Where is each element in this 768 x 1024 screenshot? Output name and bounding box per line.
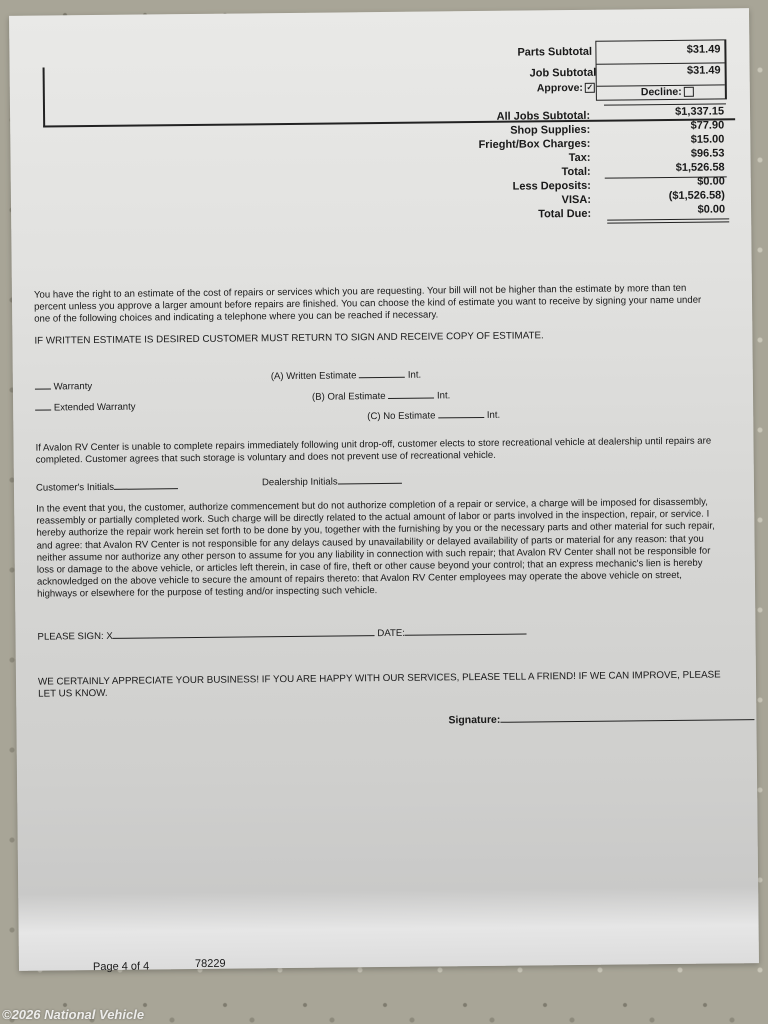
customer-initials-label: Customer's Initials [36,482,114,494]
approve-option: Approve:✓ [537,82,595,95]
totals-row-label: Tax: [569,152,591,164]
totals-table: All Jobs Subtotal:$1,337.15Shop Supplies… [9,8,749,16]
watermark: ©2026 National Vehicle [2,1007,144,1022]
parts-subtotal-label: Parts Subtotal [517,46,592,59]
decline-option: Decline: [641,86,694,99]
totals-row-value: $15.00 [691,133,725,145]
closing-message-line-2: LET US KNOW. [38,688,108,701]
warranty-label: Warranty [54,381,93,392]
totals-row-label: Total: [561,166,590,178]
approve-checkbox[interactable]: ✓ [585,83,595,93]
job-subtotal-value: $31.49 [687,64,721,76]
dealership-initials-label: Dealership Initials [262,476,338,488]
totals-rule [607,221,729,223]
no-estimate-suffix: Int. [487,410,500,421]
customer-initials: Customer's Initials [36,479,178,494]
no-estimate-label: (C) No Estimate [367,410,435,422]
oral-estimate-suffix: Int. [437,390,450,401]
customer-signature-field[interactable] [113,626,375,639]
totals-row-value: $0.00 [697,203,725,215]
closing-message-line-1: WE CERTAINLY APPRECIATE YOUR BUSINESS! I… [38,669,721,688]
totals-row-label: All Jobs Subtotal: [497,110,591,123]
warranty-checkline[interactable] [35,379,51,389]
signature-label: Signature: [448,714,500,727]
please-sign-label: PLEASE SIGN: X [37,631,112,643]
totals-row-value: $96.53 [691,147,725,159]
job-subtotal-box: $31.49 $31.49 Decline: [595,39,727,100]
totals-row-label: Less Deposits: [513,180,591,193]
invoice-page: Parts Subtotal Job Subtotal $31.49 $31.4… [9,8,759,971]
totals-row-value: $1,337.15 [675,105,724,118]
job-subtotal-label: Job Subtotal [530,67,597,80]
dealership-initials: Dealership Initials [262,474,402,489]
parts-subtotal-value: $31.49 [687,43,721,55]
totals-row-value: $1,526.58 [676,161,725,174]
signature-line: Signature: [448,710,754,726]
totals-row-value: $77.90 [690,119,724,131]
date-label: DATE: [377,628,405,639]
totals-row-label: Frieght/Box Charges: [478,138,590,151]
extended-warranty-label: Extended Warranty [54,402,136,414]
authorization-clause-line: highways or elsewhere for the purpose of… [37,585,377,601]
no-estimate-option: (C) No Estimate Int. [367,408,500,423]
totals-rule [607,218,729,220]
dealership-initials-field[interactable] [338,474,402,485]
oral-estimate-label: (B) Oral Estimate [312,391,386,403]
extended-warranty-checkline[interactable] [35,400,51,410]
warranty-option: Warranty [35,379,92,394]
decline-label: Decline: [641,86,682,98]
approve-label: Approve: [537,82,583,94]
signature-field[interactable] [500,710,754,723]
written-estimate-initials-field[interactable] [359,368,405,378]
oral-estimate-option: (B) Oral Estimate Int. [312,388,450,403]
written-estimate-heading: IF WRITTEN ESTIMATE IS DESIRED CUSTOMER … [34,330,543,347]
totals-row-value: ($1,526.58) [669,189,725,202]
please-sign-line: PLEASE SIGN: X DATE: [37,625,527,644]
customer-initials-field[interactable] [114,479,178,490]
page-number: Page 4 of 4 [93,960,149,973]
extended-warranty-option: Extended Warranty [35,400,136,415]
written-estimate-label: (A) Written Estimate [271,370,357,382]
written-estimate-suffix: Int. [408,370,421,381]
document-number: 78229 [195,958,226,970]
no-estimate-initials-field[interactable] [438,408,484,418]
totals-row-label: Shop Supplies: [510,124,590,137]
oral-estimate-initials-field[interactable] [388,388,434,398]
written-estimate-option: (A) Written Estimate Int. [271,368,421,384]
decline-checkbox[interactable] [684,87,694,97]
totals-row-label: VISA: [562,194,591,206]
date-field[interactable] [405,625,527,636]
authorization-clause: In the event that you, the customer, aut… [9,8,749,16]
totals-row-label: Total Due: [538,208,591,221]
